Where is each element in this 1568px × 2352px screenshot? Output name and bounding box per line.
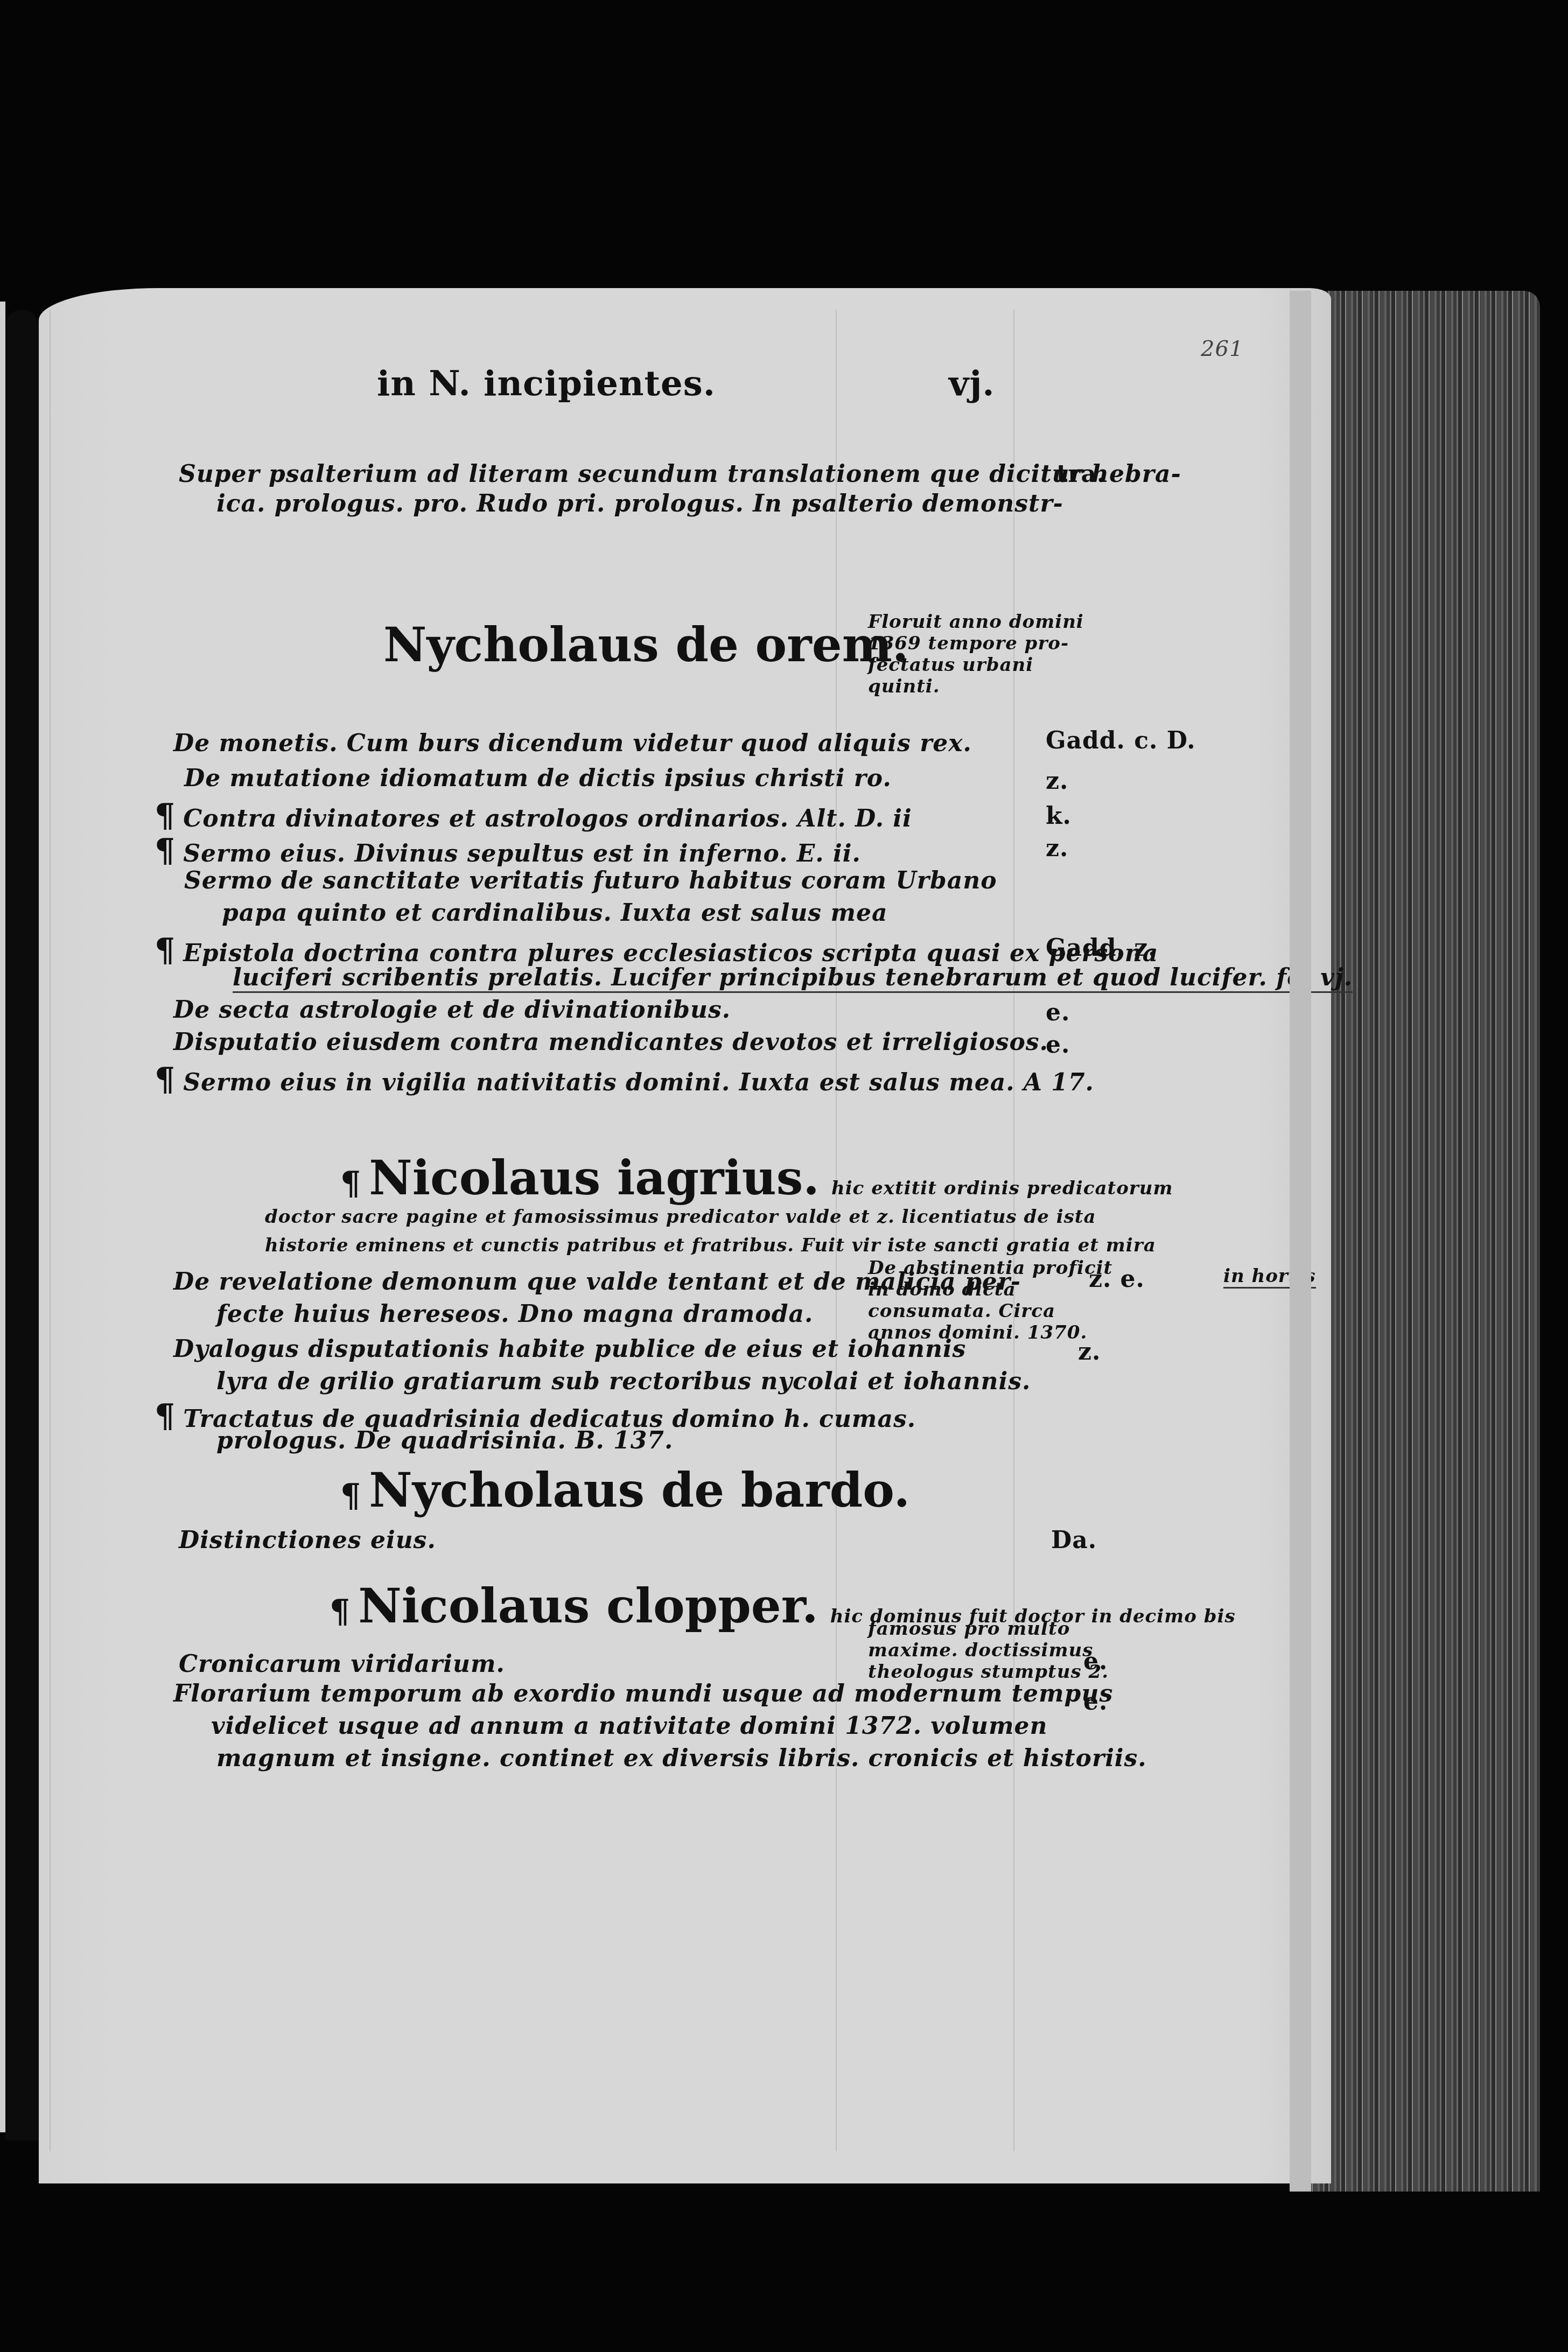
ruling-line-left <box>50 310 51 2151</box>
work-entry: ¶Contra divinatores et astrologos ordina… <box>155 797 912 835</box>
shelfmark: e. <box>1083 1648 1108 1675</box>
work-entry: ¶Sermo eius. Divinus sepultus est in inf… <box>155 832 861 870</box>
work-entry-continuation: videlicet usque ad annum a nativitate do… <box>211 1712 1047 1740</box>
author-heading-bardo: ¶Nycholaus de bardo. <box>340 1462 910 1518</box>
shelfmark: e. <box>1046 999 1070 1026</box>
shelfmark: e. <box>1046 1031 1070 1059</box>
pilcrow-icon: ¶ <box>155 797 176 835</box>
shelfmark: z. <box>1078 1338 1101 1366</box>
work-entry-continuation: papa quinto et cardinalibus. Iuxta est s… <box>222 899 888 927</box>
pilcrow-icon: ¶ <box>155 832 176 870</box>
work-entry-continuation: magnum et insigne. continet ex diversis … <box>216 1745 1147 1772</box>
pilcrow-icon: ¶ <box>155 1397 176 1435</box>
ruling-line-column <box>836 310 837 2151</box>
shelfmark: k. <box>1046 802 1072 830</box>
author-heading-iagrius: ¶Nicolaus iagrius. hic extitit ordinis p… <box>340 1150 1173 1206</box>
marginal-note-clopper: famosus pro multo maxime. doctissimus th… <box>868 1618 1109 1683</box>
author-biography-line: historie eminens et cunctis patribus et … <box>265 1235 1156 1256</box>
ruling-line-shelfmark <box>1013 310 1014 2151</box>
shelfmark: z. <box>1046 767 1068 795</box>
shelfmark: z. <box>1046 835 1068 862</box>
shelfmark: Gadd. z. <box>1046 934 1157 962</box>
binding-gutter-shadow <box>5 310 39 2140</box>
work-entry: Distinctiones eius. <box>179 1527 436 1554</box>
shelfmark: Da. <box>1051 1527 1097 1554</box>
shelfmark: z. e. <box>1089 1265 1145 1293</box>
work-entry: ¶Sermo eius in vigilia nativitatis domin… <box>155 1061 1094 1098</box>
work-entry: Florarium temporum ab exordio mundi usqu… <box>173 1680 1113 1707</box>
shelfmark: e. <box>1083 1688 1108 1716</box>
pilcrow-icon: ¶ <box>155 932 176 969</box>
folio-number: 261 <box>1201 337 1243 361</box>
author-biography-line: doctor sacre pagine et famosissimus pred… <box>265 1206 1096 1228</box>
page-edge-lip <box>1290 291 1311 2192</box>
book-fore-edge <box>1303 291 1540 2192</box>
author-heading-oresme: Nycholaus de orem. <box>383 617 908 673</box>
pilcrow-icon: ¶ <box>340 1477 361 1515</box>
shelfmark: Gadd. c. D. <box>1046 727 1196 754</box>
work-entry-continuation: prologus. De quadrisinia. B. 137. <box>216 1427 673 1454</box>
work-entry: Cronicarum viridarium. <box>179 1650 505 1678</box>
work-entry: De revelatione demonum que valde tentant… <box>173 1268 1021 1296</box>
work-entry: Disputatio eiusdem contra mendicantes de… <box>173 1028 1048 1056</box>
shelfmark: tra. <box>1056 460 1105 488</box>
adjacent-leaf-edge <box>0 302 5 2132</box>
work-entry: Dyalogus disputationis habite publice de… <box>173 1335 966 1363</box>
running-head-number: vj. <box>949 363 995 404</box>
pilcrow-icon: ¶ <box>155 1061 176 1098</box>
work-entry-continuation: fecte huius hereseos. Dno magna dramoda. <box>216 1300 813 1328</box>
work-entry-continuation: luciferi scribentis prelatis. Lucifer pr… <box>233 964 1353 991</box>
continued-entry-line-2: ica. prologus. pro. Rudo pri. prologus. … <box>216 490 1063 517</box>
pilcrow-icon: ¶ <box>330 1593 351 1630</box>
work-entry: Sermo de sanctitate veritatis futuro hab… <box>184 867 997 894</box>
work-entry: De secta astrologie et de divinationibus… <box>173 996 731 1024</box>
continued-entry-line-1: Super psalterium ad literam secundum tra… <box>179 460 1181 488</box>
running-head-title: in N. incipientes. <box>377 363 716 404</box>
work-entry: De mutatione idiomatum de dictis ipsius … <box>184 765 892 792</box>
marginal-note-oresme: Floruit anno domini 1369 tempore pro- fe… <box>868 611 1084 697</box>
work-entry: De monetis. Cum burs dicendum videtur qu… <box>173 730 972 757</box>
manuscript-page: 261 in N. incipientes. vj. Super psalter… <box>39 288 1331 2183</box>
work-entry-continuation: lyra de grilio gratiarum sub rectoribus … <box>216 1368 1031 1395</box>
pilcrow-icon: ¶ <box>340 1165 361 1202</box>
